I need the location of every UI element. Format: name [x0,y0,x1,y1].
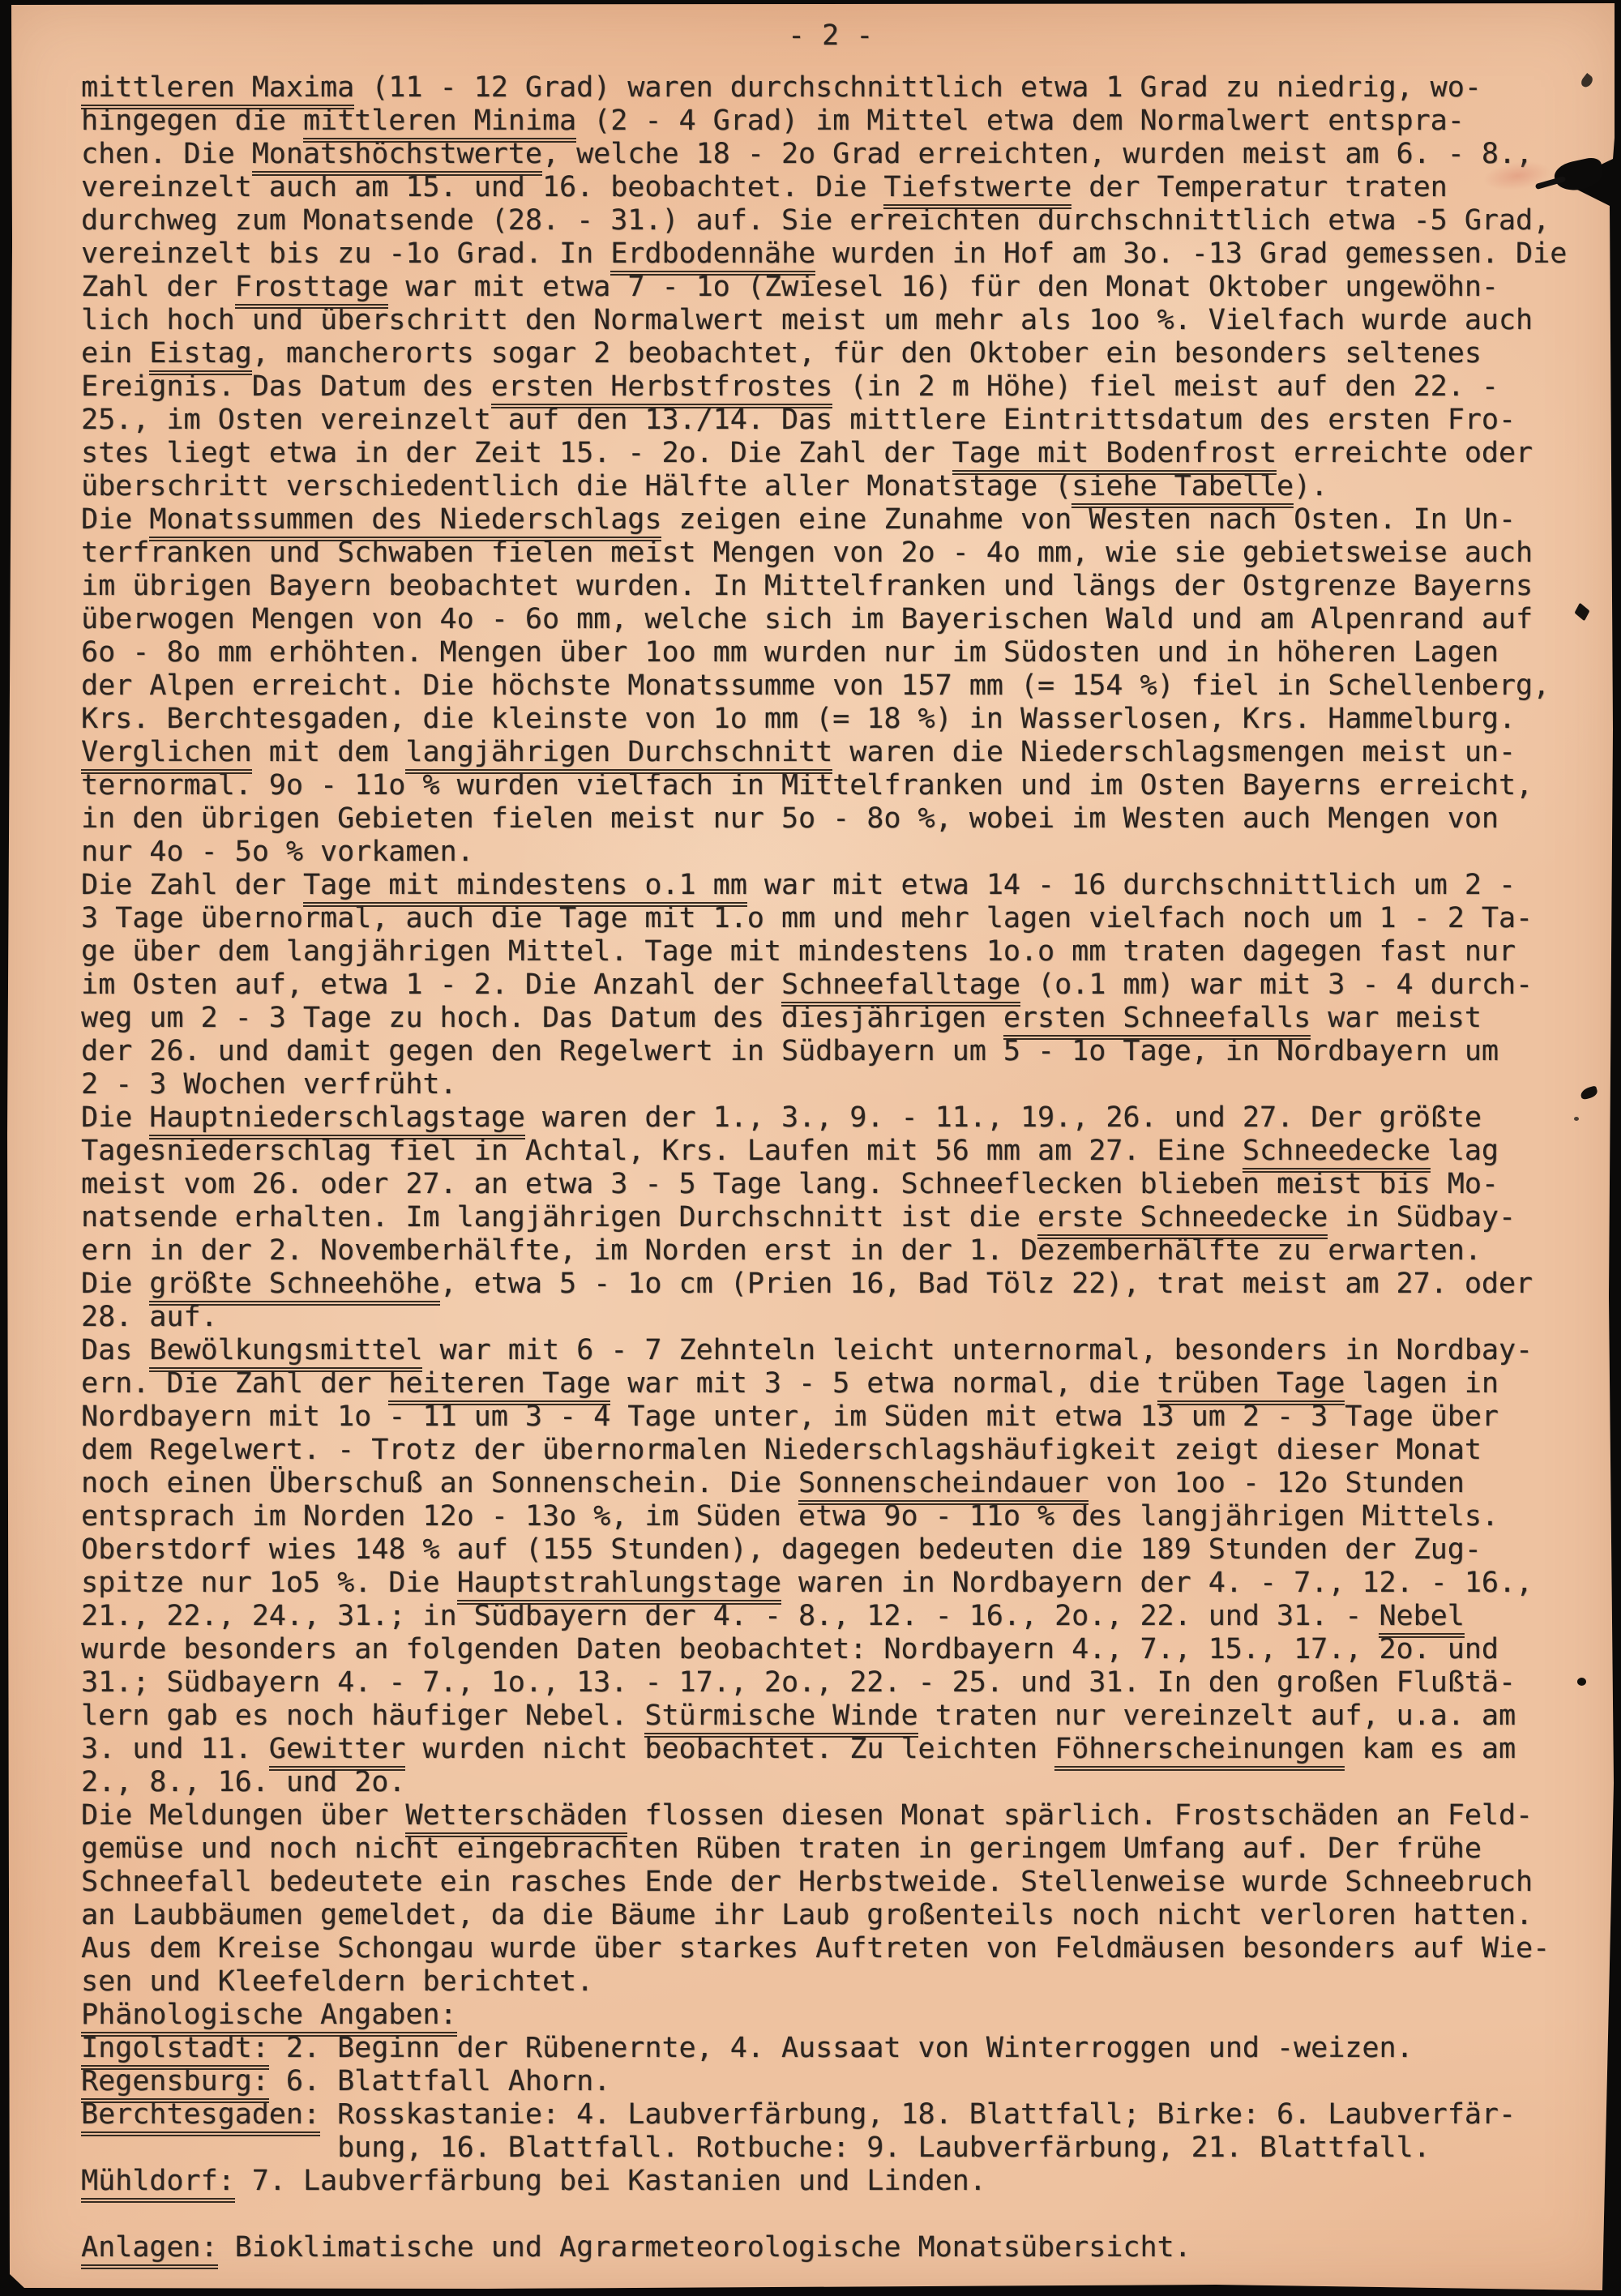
text-line: 6o - 8o mm erhöhten. Mengen über 1oo mm … [81,636,1608,669]
underlined-phrase: ersten Schneefalls [1003,1002,1311,1040]
text-line: Berchtesgaden: Rosskastanie: 4. Laubverf… [81,2098,1608,2131]
underlined-phrase: Bewölkungsmittel [149,1334,422,1372]
text-line: im Osten auf, etwa 1 - 2. Die Anzahl der… [81,968,1608,1002]
underlined-phrase: mittleren Minima [303,105,576,143]
text-line: gemüse und noch nicht eingebrachten Rübe… [81,1832,1608,1866]
text-line: im übrigen Bayern beobachtet wurden. In … [81,570,1608,603]
text-line: durchweg zum Monatsende (28. - 31.) auf.… [81,204,1608,237]
text-line: sen und Kleefeldern berichtet. [81,1965,1608,1999]
text-line: dem Regelwert. - Trotz der übernormalen … [81,1434,1608,1467]
underlined-phrase: Hauptstrahlungstage [457,1567,781,1605]
text-line: Die Zahl der Tage mit mindestens o.1 mm … [81,869,1608,902]
text-line: 28. auf. [81,1301,1608,1334]
text-line: bung, 16. Blattfall. Rotbuche: 9. Laubve… [81,2131,1608,2165]
text-line: spitze nur 1o5 %. Die Hauptstrahlungstag… [81,1567,1608,1600]
text-line: Die größte Schneehöhe, etwa 5 - 1o cm (P… [81,1268,1608,1301]
underlined-phrase: Wetterschäden [405,1799,627,1837]
underlined-phrase: Tage mit Bodenfrost [952,437,1277,475]
page-number: - 2 - [788,19,873,53]
underlined-phrase: Gewitter [269,1733,406,1771]
document-lines: mittleren Maxima (11 - 12 Grad) waren du… [81,71,1608,2264]
text-line: Regensburg: 6. Blattfall Ahorn. [81,2065,1608,2098]
underlined-phrase: Monatshöchstwerte [252,138,542,176]
text-line: ge über dem langjährigen Mittel. Tage mi… [81,935,1608,968]
text-line: Schneefall bedeutete ein rasches Ende de… [81,1866,1608,1899]
underlined-phrase: Tage mit mindestens o.1 mm [303,869,747,907]
text-line: 3. und 11. Gewitter wurden nicht beobach… [81,1733,1608,1766]
underlined-phrase: heiteren Tage [388,1367,610,1405]
paper-sheet: - 2 - mittleren Maxima (11 - 12 Grad) wa… [0,0,1621,2296]
text-line: ern in der 2. Novemberhälfte, im Norden … [81,1234,1608,1268]
text-line: 2., 8., 16. und 2o. [81,1766,1608,1799]
text-line: entsprach im Norden 12o - 13o %, im Süde… [81,1500,1608,1533]
underlined-phrase: Schneedecke [1242,1135,1431,1173]
underlined-phrase: Schneefalltage [781,968,1020,1007]
text-line: hingegen die mittleren Minima (2 - 4 Gra… [81,105,1608,138]
underlined-phrase: mittleren Maxima [81,71,354,109]
text-line: vereinzelt bis zu -1o Grad. In Erdbodenn… [81,237,1608,271]
text-line: lich hoch und überschritt den Normalwert… [81,304,1608,337]
underlined-phrase: Monatssummen des Niederschlags [149,503,661,541]
text-line: stes liegt etwa in der Zeit 15. - 2o. Di… [81,437,1608,470]
underlined-phrase: Stürmische Winde [644,1700,917,1738]
underlined-phrase: Frosttage [235,271,389,309]
text-line: Mühldorf: 7. Laubverfärbung bei Kastanie… [81,2165,1608,2198]
text-line: in den übrigen Gebieten fielen meist nur… [81,802,1608,836]
underlined-phrase: Anlagen: [81,2231,218,2269]
underlined-phrase: größte Schneehöhe [149,1268,439,1306]
text-line: Nordbayern mit 1o - 11 um 3 - 4 Tage unt… [81,1400,1608,1434]
text-line: nur 4o - 5o % vorkamen. [81,836,1608,869]
text-line: natsende erhalten. Im langjährigen Durch… [81,1201,1608,1234]
text-line: an Laubbäumen gemeldet, da die Bäume ihr… [81,1899,1608,1932]
underlined-phrase: Berchtesgaden: [81,2098,320,2136]
underlined-phrase: Erdbodennähe [610,237,815,276]
text-line: chen. Die Monatshöchstwerte, welche 18 -… [81,138,1608,171]
text-line: ern. Die Zahl der heiteren Tage war mit … [81,1367,1608,1400]
text-line: Verglichen mit dem langjährigen Durchsch… [81,736,1608,769]
underlined-phrase: Hauptniederschlagstage [149,1101,525,1139]
underlined-phrase: ersten Herbstfrostes [491,370,832,408]
underlined-phrase: Tiefstwerte [883,171,1071,209]
text-line: Die Hauptniederschlagstage waren der 1.,… [81,1101,1608,1135]
underlined-phrase: Sonnenscheindauer [798,1467,1089,1505]
underlined-phrase: Regensburg: [81,2065,269,2103]
underlined-phrase: langjährigen Durchschnitt [405,736,832,774]
underlined-phrase: Phänologische Angaben: [81,1999,457,2037]
underlined-phrase: Verglichen [81,736,252,774]
text-line: Das Bewölkungsmittel war mit 6 - 7 Zehnt… [81,1334,1608,1367]
text-line: der 26. und damit gegen den Regelwert in… [81,1035,1608,1068]
text-line: meist vom 26. oder 27. an etwa 3 - 5 Tag… [81,1168,1608,1201]
text-line: 21., 22., 24., 31.; in Südbayern der 4. … [81,1600,1608,1633]
text-line: mittleren Maxima (11 - 12 Grad) waren du… [81,71,1608,105]
text-line: noch einen Überschuß an Sonnenschein. Di… [81,1467,1608,1500]
text-line: Die Meldungen über Wetterschäden flossen… [81,1799,1608,1832]
text-line: Zahl der Frosttage war mit etwa 7 - 1o (… [81,271,1608,304]
text-line: wurde besonders an folgenden Daten beoba… [81,1633,1608,1666]
text-line: ein Eistag, mancherorts sogar 2 beobacht… [81,337,1608,370]
text-line: Ingolstadt: 2. Beginn der Rübenernte, 4.… [81,2032,1608,2065]
text-line: 3 Tage übernormal, auch die Tage mit 1.o… [81,902,1608,935]
text-line: Ereignis. Das Datum des ersten Herbstfro… [81,370,1608,404]
underlined-phrase: trüben Tage [1157,1367,1345,1405]
scanned-page: - 2 - mittleren Maxima (11 - 12 Grad) wa… [0,0,1621,2296]
text-line: 25., im Osten vereinzelt auf den 13./14.… [81,404,1608,437]
underlined-phrase: erste Schneedecke [1037,1201,1328,1239]
text-line: 31.; Südbayern 4. - 7., 1o., 13. - 17., … [81,1666,1608,1700]
underlined-phrase: Eistag [149,337,251,375]
text-line: überschritt verschiedentlich die Hälfte … [81,470,1608,503]
underlined-phrase: Föhnerscheinungen [1054,1733,1345,1771]
underlined-phrase: Mühldorf: [81,2165,235,2203]
text-line: weg um 2 - 3 Tage zu hoch. Das Datum des… [81,1002,1608,1035]
text-line: Tagesniederschlag fiel in Achtal, Krs. L… [81,1135,1608,1168]
underlined-phrase: siehe Tabelle [1071,470,1294,508]
text-line: Phänologische Angaben: [81,1999,1608,2032]
text-line [81,2198,1608,2231]
text-line: überwogen Mengen von 4o - 6o mm, welche … [81,603,1608,636]
underlined-phrase: Ingolstadt: [81,2032,269,2070]
text-line: terfranken und Schwaben fielen meist Men… [81,537,1608,570]
text-line: Oberstdorf wies 148 % auf (155 Stunden),… [81,1533,1608,1567]
text-line: lern gab es noch häufiger Nebel. Stürmis… [81,1700,1608,1733]
text-line: vereinzelt auch am 15. und 16. beobachte… [81,171,1608,204]
text-line: ternormal. 9o - 11o % wurden vielfach in… [81,769,1608,802]
text-line: Die Monatssummen des Niederschlags zeige… [81,503,1608,537]
text-line: Krs. Berchtesgaden, die kleinste von 1o … [81,703,1608,736]
text-line: Anlagen: Bioklimatische und Agrarmeteoro… [81,2231,1608,2264]
text-line: der Alpen erreicht. Die höchste Monatssu… [81,669,1608,703]
scan-background: { "page": { "number_label": "- 2 -" }, "… [0,0,1621,2296]
text-line: 2 - 3 Wochen verfrüht. [81,1068,1608,1101]
text-line: Aus dem Kreise Schongau wurde über stark… [81,1932,1608,1965]
underlined-phrase: Nebel [1379,1600,1464,1638]
